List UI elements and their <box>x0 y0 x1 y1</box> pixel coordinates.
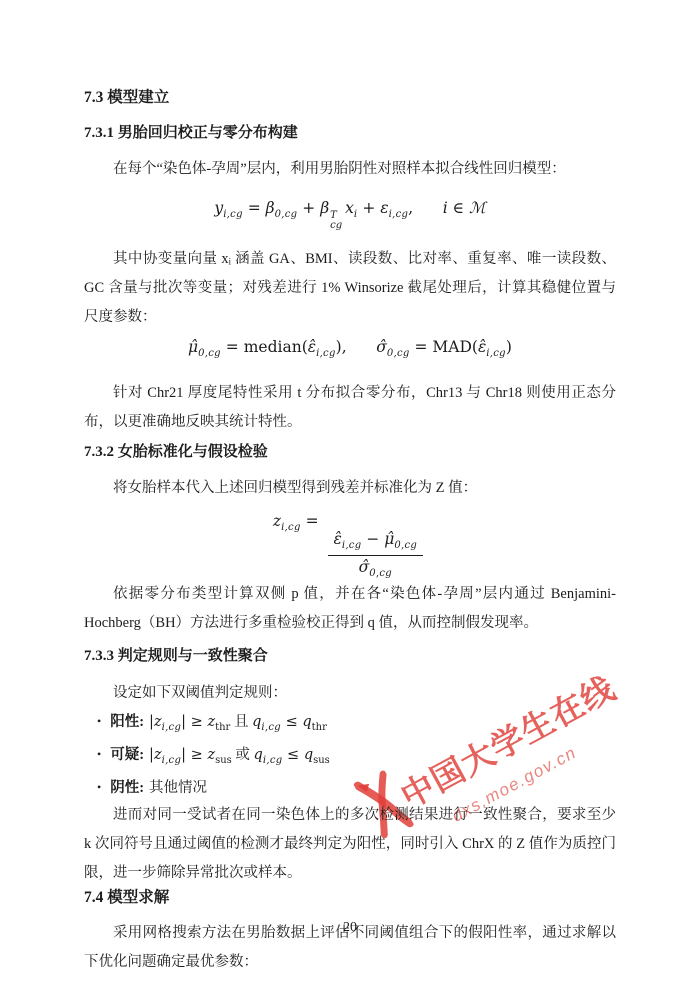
decision-rules-list: •阳性:|zi,cg| ≥ zthr 且 qi,cg ≤ qthr •可疑:|z… <box>84 708 616 801</box>
section-7-3-heading: 7.3 模型建立 <box>84 88 616 108</box>
document-page: 中国大学生在线 dxs.moe.gov.cn 7.3 模型建立 7.3.1 男胎… <box>0 0 700 989</box>
equation-linear-regression: yi,cg = β0,cg + βTcgxi + εi,cg, i ∈ ℳ <box>84 193 616 231</box>
bullet-icon: • <box>97 714 101 728</box>
paragraph-covariates: 其中协变量向量 xᵢ 涵盖 GA、BMI、读段数、比对率、重复率、唯一读段数、G… <box>84 245 616 332</box>
paragraph-null-distribution: 针对 Chr21 厚度尾特性采用 t 分布拟合零分布，Chr13 与 Chr18… <box>84 379 616 437</box>
rule-condition-positive: |zi,cg| ≥ zthr 且 qi,cg ≤ qthr <box>149 714 327 730</box>
paragraph-regression-intro: 在每个“染色体-孕周”层内，利用男胎阴性对照样本拟合线性回归模型： <box>84 155 616 184</box>
section-7-3-2-heading: 7.3.2 女胎标准化与假设检验 <box>84 442 616 462</box>
rule-label-negative: 阴性: <box>110 780 144 796</box>
rule-item-positive: •阳性:|zi,cg| ≥ zthr 且 qi,cg ≤ qthr <box>97 708 616 741</box>
page-content: 7.3 模型建立 7.3.1 男胎回归校正与零分布构建 在每个“染色体-孕周”层… <box>0 88 700 977</box>
paragraph-consistency-aggregation: 进而对同一受试者在同一染色体上的多次检测结果进行一致性聚合，要求至少 k 次同符… <box>84 801 616 888</box>
rule-item-suspect: •可疑:|zi,cg| ≥ zsus 或 qi,cg ≤ qsus <box>97 741 616 774</box>
equation-z-score: zi,cg = ε̂i,cg − μ̂0,cgσ̂0,cg <box>84 506 616 580</box>
equation-robust-location-scale: μ̂0,cg = median(ε̂i,cg), σ̂0,cg = MAD(ε̂… <box>84 332 616 369</box>
bullet-icon: • <box>97 780 101 794</box>
section-7-3-1-heading: 7.3.1 男胎回归校正与零分布构建 <box>84 123 616 143</box>
rule-label-suspect: 可疑: <box>110 747 144 763</box>
rule-item-negative: •阴性:其他情况 <box>97 774 616 801</box>
section-7-4-heading: 7.4 模型求解 <box>84 888 616 908</box>
section-7-3-3-heading: 7.3.3 判定规则与一致性聚合 <box>84 646 616 666</box>
page-number: 20 <box>0 920 700 936</box>
rule-condition-suspect: |zi,cg| ≥ zsus 或 qi,cg ≤ qsus <box>149 747 330 763</box>
rule-label-positive: 阳性: <box>110 714 144 730</box>
paragraph-bh-correction: 依据零分布类型计算双侧 p 值，并在各“染色体-孕周”层内通过 Benjamin… <box>84 580 616 638</box>
bullet-icon: • <box>97 747 101 761</box>
paragraph-rules-intro: 设定如下双阈值判定规则： <box>84 679 616 708</box>
paragraph-z-standardization: 将女胎样本代入上述回归模型得到残差并标准化为 Z 值： <box>84 474 616 503</box>
rule-condition-negative: 其他情况 <box>149 780 207 796</box>
